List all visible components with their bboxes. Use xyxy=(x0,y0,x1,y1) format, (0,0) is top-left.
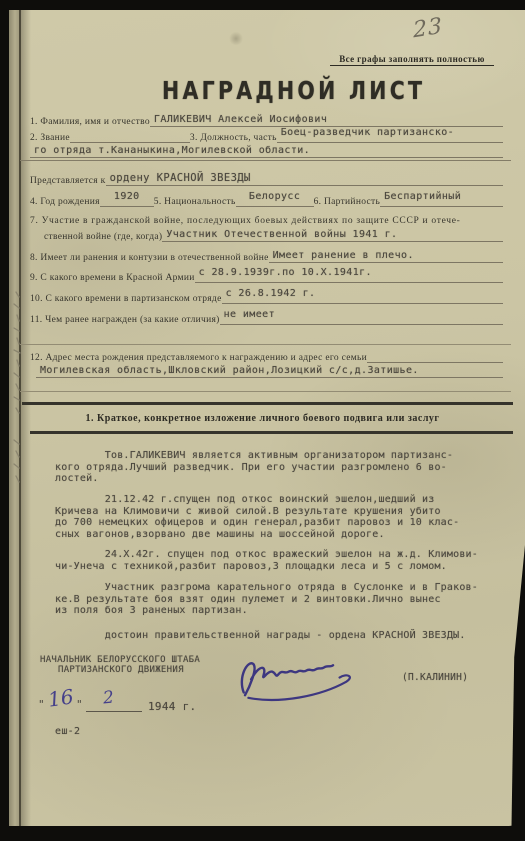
document-title: НАГРАДНОЙ ЛИСТ xyxy=(162,76,363,105)
scanned-document: 23 Все графы заполнять полностью НАГРАДН… xyxy=(0,0,525,841)
field-presented-row: Представляется к ордену КРАСНОЙ ЗВЕЗДЫ xyxy=(30,170,503,186)
field-position-row2: го отряда т.Кананыкина,Могилевской облас… xyxy=(30,143,503,158)
rule-line xyxy=(20,344,511,345)
field-party-value: Беспартийный xyxy=(384,190,461,203)
field-address-row: 12. Адрес места рождения представляемого… xyxy=(30,348,503,363)
fill-all-fields-instruction: Все графы заполнять полностью xyxy=(330,54,494,66)
field-position-value-line1: Боец-разведчик партизанско- xyxy=(281,126,454,139)
date-quote-close: " xyxy=(76,698,83,711)
field-awards-value: не имеет xyxy=(224,308,275,321)
field-war-label-line1: 7. Участие в гражданской войне, последую… xyxy=(30,216,461,226)
field-wounds-underline: Имеет ранение в плечо. xyxy=(269,247,503,263)
field-position-underline2: го отряда т.Кананыкина,Могилевской облас… xyxy=(30,142,503,158)
field-partisan-value: с 26.8.1942 г. xyxy=(226,287,316,300)
section-header: 1. Краткое, конкретное изложение личного… xyxy=(30,413,495,424)
date-year: 1944 г. xyxy=(148,700,196,713)
field-war-value: Участник Отечественной войны 1941 г. xyxy=(166,229,397,240)
section-rule-bottom xyxy=(30,431,513,434)
field-address-value-row: Могилевская область,Шкловский район,Лози… xyxy=(36,363,503,378)
field-address-value: Могилевская область,Шкловский район,Лози… xyxy=(40,365,419,376)
margin-pencil-annotation xyxy=(10,288,24,488)
field-awards-label: 11. Чем ранее награжден (за какие отличи… xyxy=(30,315,220,325)
field-redarmy-value: с 28.9.1939г.по 10.X.1941г. xyxy=(199,266,372,279)
field-party-underline: Беспартийный xyxy=(380,191,503,207)
field-partisan-row: 10. С какого времени в партизанском отря… xyxy=(30,289,503,304)
field-war-label-line2: ственной войне (где, когда) xyxy=(44,232,162,242)
field-awards-row: 11. Чем ранее награжден (за какие отличи… xyxy=(30,310,503,325)
field-partisan-underline: с 26.8.1942 г. xyxy=(222,288,503,304)
citation-paragraph-3: 24.X.42г. спущен под откос вражеский эше… xyxy=(55,549,511,572)
field-name-row: 1. Фамилия, имя и отчество ГАЛИКЕВИЧ Але… xyxy=(30,112,503,127)
field-birthyear-value: 1920 xyxy=(114,190,140,203)
field-redarmy-row: 9. С какого времени в Красной Армии с 28… xyxy=(30,268,503,283)
document-note: еш-2 xyxy=(55,726,80,737)
rule-line xyxy=(20,160,511,161)
field-redarmy-underline: с 28.9.1939г.по 10.X.1941г. xyxy=(195,267,503,283)
date-day-handwritten: 16 xyxy=(46,684,75,711)
signatory-title-line2: ПАРТИЗАНСКОГО ДВИЖЕНИЯ xyxy=(58,665,184,675)
field-position-underline: Боец-разведчик партизанско- xyxy=(277,127,503,143)
field-presented-underline: ордену КРАСНОЙ ЗВЕЗДЫ xyxy=(106,170,503,186)
field-wounds-row: 8. Имеет ли ранения и контузии в отечест… xyxy=(30,248,503,263)
field-presented-label: Представляется к xyxy=(30,176,106,186)
date-month-underline xyxy=(86,711,142,712)
field-nationality-underline: Белорусс xyxy=(236,191,314,207)
date-quote-open: " xyxy=(38,698,45,711)
field-name-underline: ГАЛИКЕВИЧ Алексей Иосифович xyxy=(150,111,503,127)
field-birthyear-underline: 1920 xyxy=(100,191,154,207)
field-address-underline: Могилевская область,Шкловский район,Лози… xyxy=(36,362,503,378)
citation-conclusion: достоин правительственной награды - орде… xyxy=(55,630,511,642)
field-wounds-value: Имеет ранение в плечо. xyxy=(273,250,414,261)
field-war-underline: Участник Отечественной войны 1941 г. xyxy=(162,226,503,242)
signatory-name: (П.КАЛИНИН) xyxy=(402,672,468,683)
field-party-label: 6. Партийность xyxy=(314,197,381,207)
field-redarmy-label: 9. С какого времени в Красной Армии xyxy=(30,273,195,283)
field-presented-value: ордену КРАСНОЙ ЗВЕЗДЫ xyxy=(110,172,251,184)
field-partisan-label: 10. С какого времени в партизанском отря… xyxy=(30,294,222,304)
field-rank-position-row: 2. Звание 3. Должность, часть Боец-разве… xyxy=(30,128,503,143)
citation-paragraph-1: Тов.ГАЛИКЕВИЧ является активным организа… xyxy=(55,450,511,485)
field-birth-nationality-party-row: 4. Год рождения 1920 5. Национальность Б… xyxy=(30,192,503,207)
field-war-row2: ственной войне (где, когда) Участник Оте… xyxy=(44,227,503,242)
field-nationality-value: Белорусс xyxy=(249,190,300,203)
section-rule-top xyxy=(22,402,513,405)
field-war-row1: 7. Участие в гражданской войне, последую… xyxy=(30,211,503,226)
field-birthyear-label: 4. Год рождения xyxy=(30,197,100,207)
field-nationality-label: 5. Национальность xyxy=(154,197,236,207)
signatory-title-line1: НАЧАЛЬНИК БЕЛОРУССКОГО ШТАБА xyxy=(40,655,200,665)
field-name-value: ГАЛИКЕВИЧ Алексей Иосифович xyxy=(154,114,327,125)
date-month-handwritten: 2 xyxy=(102,688,115,709)
field-wounds-label: 8. Имеет ли ранения и контузии в отечест… xyxy=(30,253,269,263)
rule-line xyxy=(20,391,511,392)
citation-paragraph-2: 21.12.42 г.спущен под откос воинский эше… xyxy=(55,494,511,540)
field-awards-underline: не имеет xyxy=(220,309,503,325)
field-position-value-line2: го отряда т.Кананыкина,Могилевской облас… xyxy=(34,145,310,156)
page-number-handwritten: 23 xyxy=(413,14,444,44)
field-name-label: 1. Фамилия, имя и отчество xyxy=(30,117,150,127)
citation-paragraph-4: Участник разгрома карательного отряда в … xyxy=(55,582,511,617)
